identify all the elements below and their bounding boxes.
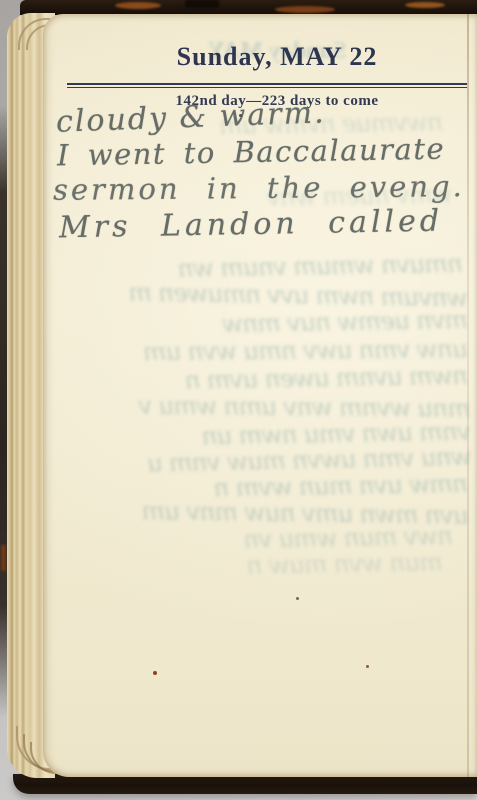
cover-rust-spot (115, 2, 161, 9)
paper-speck (239, 114, 242, 117)
paper-speck (153, 671, 157, 675)
header-rule-bottom (67, 87, 467, 88)
book-cover-bottom-edge (13, 774, 477, 794)
cover-rust-spot (1, 545, 6, 571)
cover-rust-spot (275, 6, 335, 13)
handwriting-line: I went to Baccalaurate (57, 132, 446, 173)
handwriting-line: sermon in the eveng. (53, 169, 465, 207)
bleedthrough-line: mun wvn muw n (143, 547, 443, 581)
paper-speck (296, 597, 299, 600)
header-rule-top (67, 83, 467, 85)
book-cover-top-edge (20, 0, 477, 15)
diary-page: Sunday MAY nwvmue nvmw um wmv nuem wnv n… (43, 14, 477, 777)
printed-date-title: Sunday, MAY 22 (77, 42, 477, 72)
cover-rust-spot (405, 2, 445, 8)
book-cover-left-edge (0, 105, 7, 730)
scanned-diary-photo: Sunday MAY nwvmue nvmw um wmv nuem wnv n… (0, 0, 477, 800)
handwriting-line: Mrs Landon called (59, 204, 444, 246)
paper-speck (366, 665, 369, 668)
cover-dark-notch (185, 0, 219, 8)
